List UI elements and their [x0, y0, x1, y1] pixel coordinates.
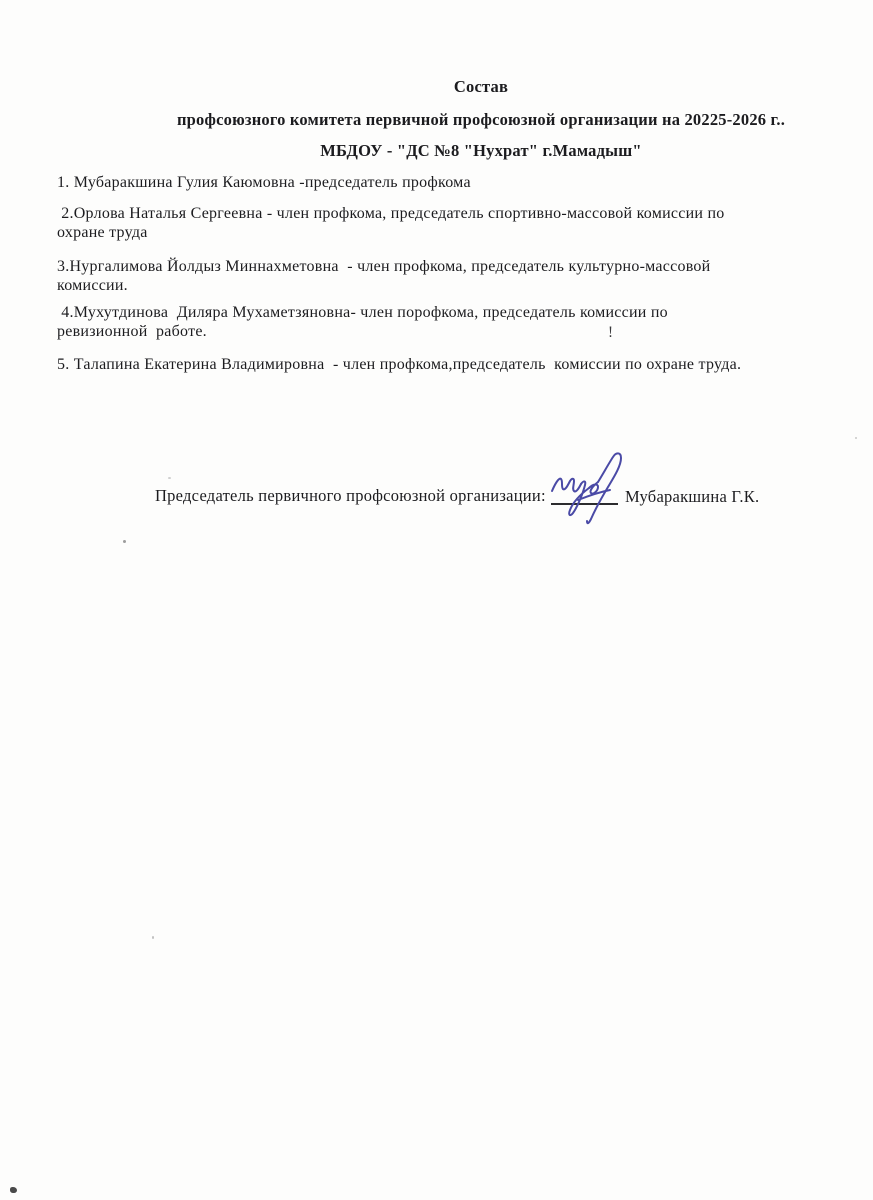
organization-name: МБДОУ - "ДС №8 "Нухрат" г.Мамадыш": [95, 141, 867, 161]
member-line: охране труда: [57, 224, 825, 243]
scan-speck: [855, 437, 857, 439]
scan-speck: [168, 477, 171, 479]
document-title: Состав: [95, 77, 867, 97]
member-line: ревизионной работе.: [57, 323, 825, 342]
document-subtitle: профсоюзного комитета первичной профсоюз…: [95, 110, 867, 130]
member-entry-2: 2.Орлова Наталья Сергеевна - член профко…: [57, 205, 825, 242]
member-line: 1. Мубаракшина Гулия Каюмовна -председат…: [57, 174, 825, 193]
member-line: 4.Мухутдинова Диляра Мухаметзяновна- чле…: [57, 304, 825, 323]
member-entry-3: 3.Нургалимова Йолдыз Миннахметовна - чле…: [57, 258, 825, 295]
member-entry-5: 5. Талапина Екатерина Владимировна - чле…: [57, 356, 825, 375]
member-entry-4: 4.Мухутдинова Диляра Мухаметзяновна- чле…: [57, 304, 825, 341]
member-line: комиссии.: [57, 277, 825, 296]
scanned-document-page: Состав профсоюзного комитета первичной п…: [0, 0, 873, 1200]
scan-artifact-mark: !: [608, 325, 613, 343]
scan-speck: [152, 936, 154, 939]
member-line: 5. Талапина Екатерина Владимировна - чле…: [57, 356, 825, 375]
member-line: 2.Орлова Наталья Сергеевна - член профко…: [57, 205, 825, 224]
scan-speck: [10, 1187, 17, 1193]
signatory-name: Мубаракшина Г.К.: [625, 487, 759, 507]
scan-speck: [123, 540, 126, 543]
signature-caption: Председатель первичного профсоюзной орга…: [155, 486, 546, 506]
member-line: 3.Нургалимова Йолдыз Миннахметовна - чле…: [57, 258, 825, 277]
member-entry-1: 1. Мубаракшина Гулия Каюмовна -председат…: [57, 174, 825, 193]
